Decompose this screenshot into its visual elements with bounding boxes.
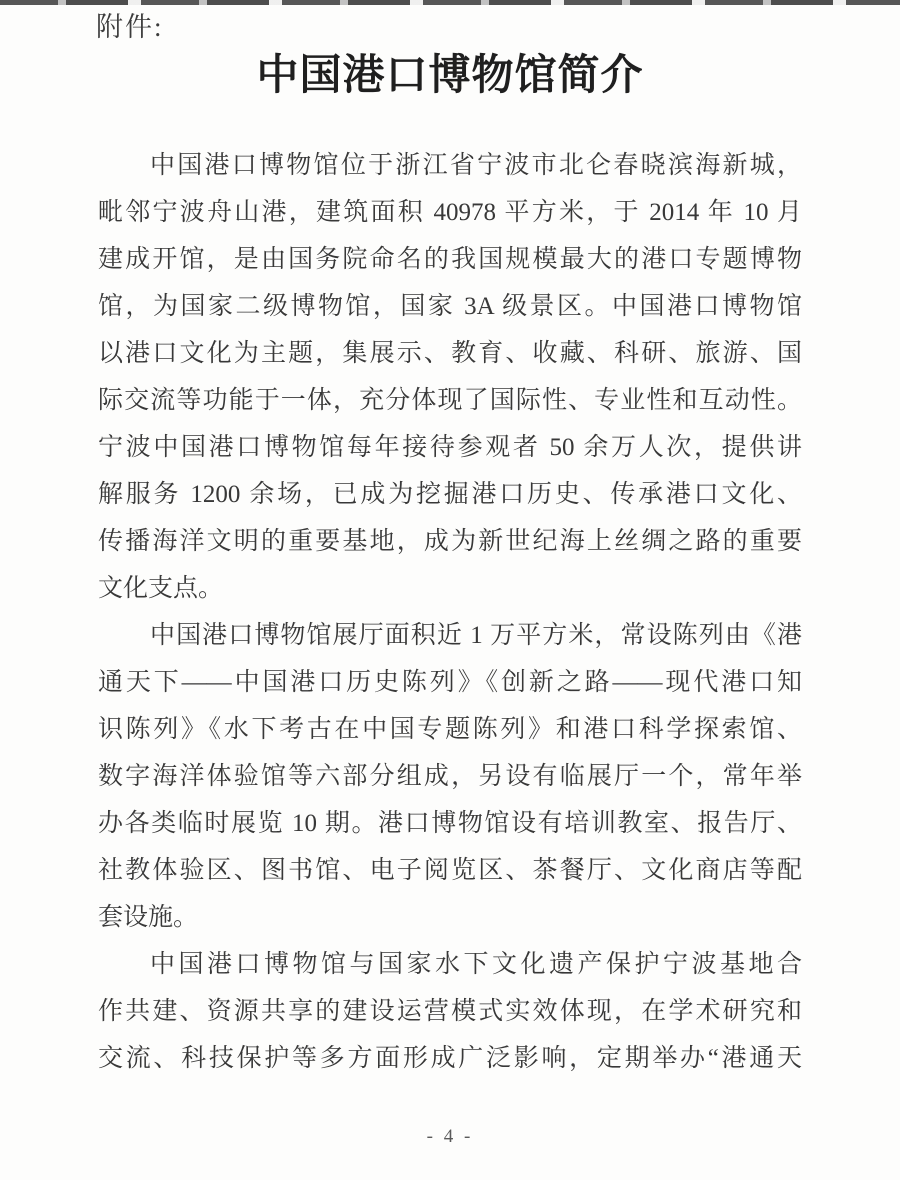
- paragraph-2: 中国港口博物馆展厅面积近 1 万平方米，常设陈列由《港通天下——中国港口历史陈列…: [98, 612, 802, 941]
- paragraph-1: 中国港口博物馆位于浙江省宁波市北仑春晓滨海新城，毗邻宁波舟山港，建筑面积 409…: [98, 142, 802, 612]
- text-line: 作共建、资源共享的建设运营模式实效体现，在学术研究和: [98, 988, 802, 1035]
- text-line: 套设施。: [98, 894, 802, 941]
- text-line: 社教体验区、图书馆、电子阅览区、茶餐厅、文化商店等配: [98, 847, 802, 894]
- text-line: 宁波中国港口博物馆每年接待参观者 50 余万人次，提供讲: [98, 424, 802, 471]
- text-line: 数字海洋体验馆等六部分组成，另设有临展厅一个，常年举: [98, 753, 802, 800]
- text-line: 交流、科技保护等多方面形成广泛影响，定期举办“港通天: [98, 1035, 802, 1082]
- document-body: 中国港口博物馆位于浙江省宁波市北仑春晓滨海新城，毗邻宁波舟山港，建筑面积 409…: [98, 142, 802, 1082]
- text-line: 中国港口博物馆位于浙江省宁波市北仑春晓滨海新城，: [98, 142, 802, 189]
- text-line: 通天下——中国港口历史陈列》《创新之路——现代港口知: [98, 659, 802, 706]
- page-title: 中国港口博物馆简介: [0, 42, 900, 102]
- text-line: 解服务 1200 余场，已成为挖掘港口历史、传承港口文化、: [98, 471, 802, 518]
- paragraph-3: 中国港口博物馆与国家水下文化遗产保护宁波基地合作共建、资源共享的建设运营模式实效…: [98, 941, 802, 1082]
- text-line: 传播海洋文明的重要基地，成为新世纪海上丝绸之路的重要: [98, 518, 802, 565]
- text-line: 识陈列》《水下考古在中国专题陈列》和港口科学探索馆、: [98, 706, 802, 753]
- text-line: 际交流等功能于一体，充分体现了国际性、专业性和互动性。: [98, 377, 802, 424]
- text-line: 中国港口博物馆展厅面积近 1 万平方米，常设陈列由《港: [98, 612, 802, 659]
- document-page: 附件: 中国港口博物馆简介 中国港口博物馆位于浙江省宁波市北仑春晓滨海新城，毗邻…: [0, 0, 900, 1180]
- text-line: 办各类临时展览 10 期。港口博物馆设有培训教室、报告厅、: [98, 800, 802, 847]
- text-line: 文化支点。: [98, 565, 802, 612]
- attachment-label: 附件:: [96, 5, 164, 44]
- text-line: 毗邻宁波舟山港，建筑面积 40978 平方米，于 2014 年 10 月: [98, 189, 802, 236]
- text-line: 馆，为国家二级博物馆，国家 3A 级景区。中国港口博物馆: [98, 283, 802, 330]
- text-line: 建成开馆，是由国务院命名的我国规模最大的港口专题博物: [98, 236, 802, 283]
- text-line: 中国港口博物馆与国家水下文化遗产保护宁波基地合: [98, 941, 802, 988]
- page-number: - 4 -: [0, 1126, 900, 1148]
- text-line: 以港口文化为主题，集展示、教育、收藏、科研、旅游、国: [98, 330, 802, 377]
